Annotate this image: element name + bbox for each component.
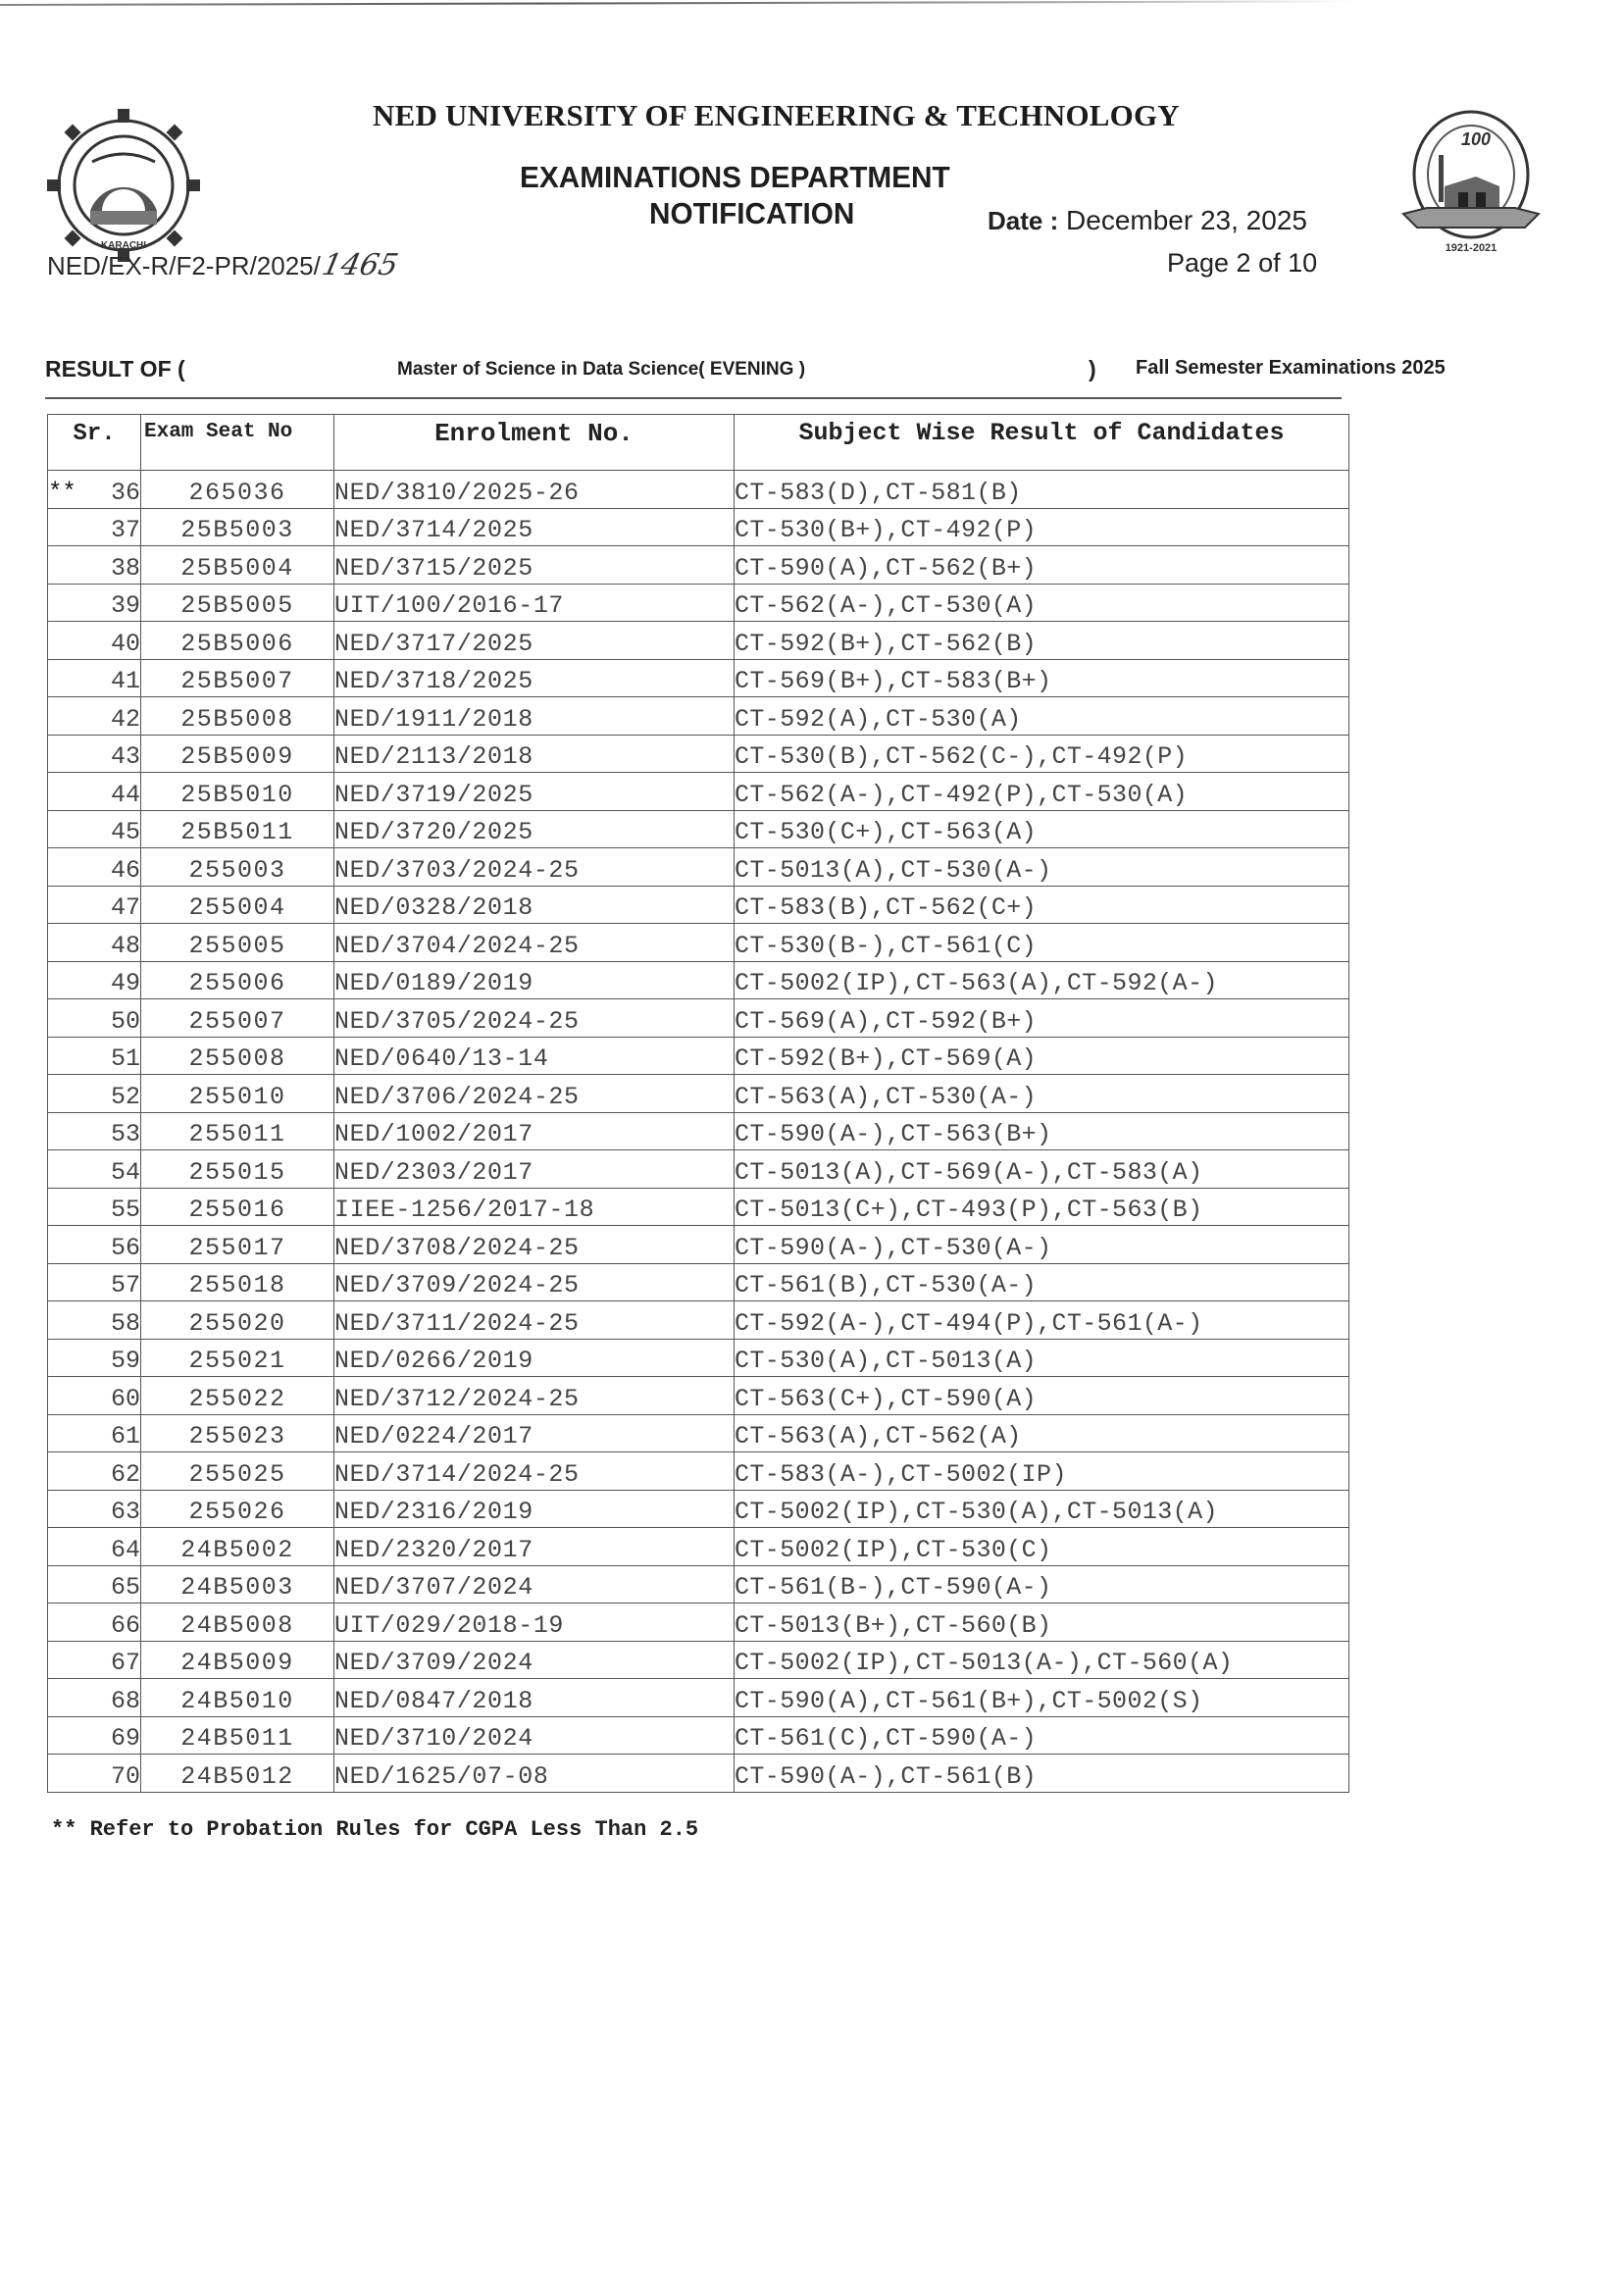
cell-seat-no: 24B5003 bbox=[141, 1565, 334, 1604]
cell-seat-no: 255016 bbox=[141, 1188, 334, 1226]
serial-number: 66 bbox=[111, 1611, 140, 1640]
cell-enrolment: NED/3810/2025-26 bbox=[334, 471, 735, 509]
cell-seat-no: 24B5012 bbox=[141, 1755, 334, 1793]
cell-seat-no: 255007 bbox=[141, 999, 334, 1038]
cell-subject-result: CT-590(A),CT-561(B+),CT-5002(S) bbox=[735, 1679, 1349, 1717]
table-row: 46255003NED/3703/2024-25CT-5013(A),CT-53… bbox=[48, 848, 1349, 887]
cell-sr: 62 bbox=[48, 1452, 141, 1491]
cell-enrolment: IIEE-1256/2017-18 bbox=[334, 1188, 735, 1226]
cell-enrolment: NED/3703/2024-25 bbox=[334, 848, 735, 887]
cell-subject-result: CT-5002(IP),CT-530(C) bbox=[735, 1528, 1349, 1566]
cell-seat-no: 24B5008 bbox=[141, 1604, 334, 1642]
cell-enrolment: NED/0224/2017 bbox=[334, 1414, 735, 1452]
svg-text:1921-2021: 1921-2021 bbox=[1446, 242, 1497, 254]
cell-subject-result: CT-530(B+),CT-492(P) bbox=[735, 508, 1349, 546]
university-name: NED UNIVERSITY OF ENGINEERING & TECHNOLO… bbox=[373, 98, 1180, 133]
table-row: 6524B5003NED/3707/2024CT-561(B-),CT-590(… bbox=[48, 1565, 1349, 1604]
serial-number: 48 bbox=[111, 932, 140, 960]
serial-number: 63 bbox=[111, 1498, 140, 1526]
cell-seat-no: 255020 bbox=[141, 1301, 334, 1340]
cell-sr: 70 bbox=[48, 1755, 141, 1793]
cell-subject-result: CT-562(A-),CT-530(A) bbox=[735, 584, 1349, 622]
cell-sr: 53 bbox=[48, 1112, 141, 1150]
serial-number: 62 bbox=[111, 1460, 140, 1489]
result-of-label: RESULT OF ( bbox=[45, 356, 185, 382]
cell-sr: 37 bbox=[48, 508, 141, 546]
cell-seat-no: 255015 bbox=[141, 1150, 334, 1189]
results-table: Sr. Exam Seat No Enrolment No. Subject W… bbox=[47, 414, 1349, 1793]
cell-seat-no: 24B5011 bbox=[141, 1716, 334, 1755]
cell-seat-no: 25B5009 bbox=[141, 735, 334, 773]
cell-seat-no: 25B5003 bbox=[141, 508, 334, 546]
cell-seat-no: 265036 bbox=[141, 471, 334, 509]
serial-number: 51 bbox=[111, 1044, 140, 1073]
table-row: 48255005NED/3704/2024-25CT-530(B-),CT-56… bbox=[48, 924, 1349, 962]
table-row: 4025B5006NED/3717/2025CT-592(B+),CT-562(… bbox=[48, 622, 1349, 660]
cell-sr: 48 bbox=[48, 924, 141, 962]
serial-number: 67 bbox=[111, 1649, 140, 1677]
cell-seat-no: 25B5004 bbox=[141, 546, 334, 585]
cell-sr: 49 bbox=[48, 961, 141, 999]
serial-number: 46 bbox=[111, 856, 140, 885]
serial-number: 55 bbox=[111, 1196, 140, 1224]
reference-handwritten: 1465 bbox=[319, 248, 401, 282]
serial-number: 65 bbox=[111, 1573, 140, 1602]
cell-enrolment: NED/3712/2024-25 bbox=[334, 1377, 735, 1415]
serial-number: 54 bbox=[111, 1158, 140, 1187]
cell-sr: 69 bbox=[48, 1716, 141, 1755]
cell-seat-no: 25B5010 bbox=[141, 773, 334, 811]
serial-number: 49 bbox=[111, 969, 140, 997]
cell-sr: 63 bbox=[48, 1490, 141, 1528]
result-of-close: ) bbox=[1089, 356, 1096, 382]
table-row: 47255004NED/0328/2018CT-583(B),CT-562(C+… bbox=[48, 886, 1349, 924]
page-indicator: Page 2 of 10 bbox=[1167, 248, 1317, 279]
cell-enrolment: NED/3705/2024-25 bbox=[334, 999, 735, 1038]
serial-number: 70 bbox=[111, 1762, 140, 1791]
cell-enrolment: NED/3709/2024 bbox=[334, 1641, 735, 1679]
table-row: 58255020NED/3711/2024-25CT-592(A-),CT-49… bbox=[48, 1301, 1349, 1340]
cell-sr: 42 bbox=[48, 697, 141, 736]
cell-enrolment: NED/2316/2019 bbox=[334, 1490, 735, 1528]
cell-subject-result: CT-563(A),CT-562(A) bbox=[735, 1414, 1349, 1452]
cell-sr: 43 bbox=[48, 735, 141, 773]
table-row: 60255022NED/3712/2024-25CT-563(C+),CT-59… bbox=[48, 1377, 1349, 1415]
cell-subject-result: CT-561(B-),CT-590(A-) bbox=[735, 1565, 1349, 1604]
cell-sr: 60 bbox=[48, 1377, 141, 1415]
table-row: 50255007NED/3705/2024-25CT-569(A),CT-592… bbox=[48, 999, 1349, 1038]
table-row: 6824B5010NED/0847/2018CT-590(A),CT-561(B… bbox=[48, 1679, 1349, 1717]
cell-subject-result: CT-561(C),CT-590(A-) bbox=[735, 1716, 1349, 1755]
cell-seat-no: 24B5010 bbox=[141, 1679, 334, 1717]
ned-centenary-logo-icon: 100 1921-2021 bbox=[1397, 106, 1545, 271]
serial-number: 59 bbox=[111, 1347, 140, 1375]
table-row: **36265036NED/3810/2025-26CT-583(D),CT-5… bbox=[48, 471, 1349, 509]
cell-seat-no: 255004 bbox=[141, 886, 334, 924]
table-row: 6924B5011NED/3710/2024CT-561(C),CT-590(A… bbox=[48, 1716, 1349, 1755]
cell-subject-result: CT-590(A-),CT-561(B) bbox=[735, 1755, 1349, 1793]
cell-subject-result: CT-5002(IP),CT-5013(A-),CT-560(A) bbox=[735, 1641, 1349, 1679]
table-row: 4425B5010NED/3719/2025CT-562(A-),CT-492(… bbox=[48, 773, 1349, 811]
svg-text:100: 100 bbox=[1461, 129, 1491, 149]
department-name: EXAMINATIONS DEPARTMENT bbox=[520, 160, 950, 195]
cell-sr: 41 bbox=[48, 659, 141, 697]
cell-enrolment: NED/2320/2017 bbox=[334, 1528, 735, 1566]
cell-enrolment: NED/2303/2017 bbox=[334, 1150, 735, 1189]
table-row: 3825B5004NED/3715/2025CT-590(A),CT-562(B… bbox=[48, 546, 1349, 585]
serial-number: 47 bbox=[111, 893, 140, 922]
cell-enrolment: NED/3714/2025 bbox=[334, 508, 735, 546]
table-row: 6724B5009NED/3709/2024CT-5002(IP),CT-501… bbox=[48, 1641, 1349, 1679]
table-row: 3925B5005UIT/100/2016-17CT-562(A-),CT-53… bbox=[48, 584, 1349, 622]
cell-sr: 40 bbox=[48, 622, 141, 660]
serial-number: 53 bbox=[111, 1120, 140, 1148]
column-header-seat-no: Exam Seat No bbox=[141, 415, 334, 471]
ned-university-crest-icon: KARACHI bbox=[41, 103, 206, 268]
table-row: 55255016IIEE-1256/2017-18CT-5013(C+),CT-… bbox=[48, 1188, 1349, 1226]
cell-subject-result: CT-583(B),CT-562(C+) bbox=[735, 886, 1349, 924]
cell-subject-result: CT-563(A),CT-530(A-) bbox=[735, 1075, 1349, 1113]
table-row: 7024B5012NED/1625/07-08CT-590(A-),CT-561… bbox=[48, 1755, 1349, 1793]
cell-seat-no: 255008 bbox=[141, 1037, 334, 1075]
table-row: 3725B5003NED/3714/2025CT-530(B+),CT-492(… bbox=[48, 508, 1349, 546]
cell-sr: 46 bbox=[48, 848, 141, 887]
cell-enrolment: NED/3710/2024 bbox=[334, 1716, 735, 1755]
scan-edge-line bbox=[0, 0, 1353, 6]
cell-enrolment: NED/3719/2025 bbox=[334, 773, 735, 811]
cell-enrolment: NED/3718/2025 bbox=[334, 659, 735, 697]
reference-prefix: NED/EX-R/F2-PR/2025/ bbox=[47, 251, 321, 280]
cell-sr: 38 bbox=[48, 546, 141, 585]
cell-subject-result: CT-561(B),CT-530(A-) bbox=[735, 1263, 1349, 1301]
column-header-enrolment: Enrolment No. bbox=[334, 415, 735, 471]
program-name: Master of Science in Data Science( EVENI… bbox=[397, 359, 805, 381]
cell-subject-result: CT-5013(A),CT-530(A-) bbox=[735, 848, 1349, 887]
cell-subject-result: CT-583(D),CT-581(B) bbox=[735, 471, 1349, 509]
cell-sr: **36 bbox=[48, 471, 141, 509]
cell-enrolment: NED/3715/2025 bbox=[334, 546, 735, 585]
serial-number: 40 bbox=[111, 630, 140, 658]
serial-number: 37 bbox=[111, 516, 140, 544]
notification-date: Date : December 23, 2025 bbox=[988, 205, 1307, 236]
cell-seat-no: 255026 bbox=[141, 1490, 334, 1528]
probation-footnote: ** Refer to Probation Rules for CGPA Les… bbox=[51, 1817, 698, 1842]
serial-number: 56 bbox=[111, 1234, 140, 1262]
cell-subject-result: CT-583(A-),CT-5002(IP) bbox=[735, 1452, 1349, 1491]
cell-seat-no: 255021 bbox=[141, 1339, 334, 1377]
date-value: December 23, 2025 bbox=[1066, 205, 1307, 235]
date-label: Date : bbox=[988, 206, 1058, 235]
cell-subject-result: CT-592(A-),CT-494(P),CT-561(A-) bbox=[735, 1301, 1349, 1340]
cell-sr: 59 bbox=[48, 1339, 141, 1377]
cell-subject-result: CT-590(A-),CT-530(A-) bbox=[735, 1226, 1349, 1264]
cell-enrolment: NED/0189/2019 bbox=[334, 961, 735, 999]
cell-seat-no: 255023 bbox=[141, 1414, 334, 1452]
cell-enrolment: NED/1002/2017 bbox=[334, 1112, 735, 1150]
cell-subject-result: CT-562(A-),CT-492(P),CT-530(A) bbox=[735, 773, 1349, 811]
cell-sr: 51 bbox=[48, 1037, 141, 1075]
cell-seat-no: 24B5002 bbox=[141, 1528, 334, 1566]
cell-seat-no: 25B5006 bbox=[141, 622, 334, 660]
cell-subject-result: CT-5013(B+),CT-560(B) bbox=[735, 1604, 1349, 1642]
cell-seat-no: 255022 bbox=[141, 1377, 334, 1415]
table-row: 4325B5009NED/2113/2018CT-530(B),CT-562(C… bbox=[48, 735, 1349, 773]
reference-number: NED/EX-R/F2-PR/2025/1465 bbox=[47, 248, 397, 282]
cell-seat-no: 25B5007 bbox=[141, 659, 334, 697]
cell-seat-no: 255005 bbox=[141, 924, 334, 962]
serial-number: 43 bbox=[111, 742, 140, 771]
cell-sr: 67 bbox=[48, 1641, 141, 1679]
serial-number: 39 bbox=[111, 591, 140, 620]
cell-enrolment: NED/3707/2024 bbox=[334, 1565, 735, 1604]
cell-subject-result: CT-530(B-),CT-561(C) bbox=[735, 924, 1349, 962]
cell-subject-result: CT-530(A),CT-5013(A) bbox=[735, 1339, 1349, 1377]
serial-number: 57 bbox=[111, 1271, 140, 1299]
table-row: 57255018NED/3709/2024-25CT-561(B),CT-530… bbox=[48, 1263, 1349, 1301]
cell-seat-no: 255006 bbox=[141, 961, 334, 999]
cell-enrolment: NED/3709/2024-25 bbox=[334, 1263, 735, 1301]
table-row: 4525B5011NED/3720/2025CT-530(C+),CT-563(… bbox=[48, 810, 1349, 848]
serial-number: 64 bbox=[111, 1536, 140, 1564]
cell-sr: 56 bbox=[48, 1226, 141, 1264]
cell-sr: 39 bbox=[48, 584, 141, 622]
serial-number: 69 bbox=[111, 1724, 140, 1753]
cell-subject-result: CT-592(B+),CT-562(B) bbox=[735, 622, 1349, 660]
serial-number: 58 bbox=[111, 1309, 140, 1338]
cell-subject-result: CT-5002(IP),CT-530(A),CT-5013(A) bbox=[735, 1490, 1349, 1528]
serial-number: 61 bbox=[111, 1422, 140, 1451]
table-row: 4225B5008NED/1911/2018CT-592(A),CT-530(A… bbox=[48, 697, 1349, 736]
results-body: **36265036NED/3810/2025-26CT-583(D),CT-5… bbox=[48, 471, 1349, 1793]
cell-sr: 57 bbox=[48, 1263, 141, 1301]
cell-sr: 58 bbox=[48, 1301, 141, 1340]
cell-enrolment: NED/1911/2018 bbox=[334, 697, 735, 736]
cell-subject-result: CT-592(B+),CT-569(A) bbox=[735, 1037, 1349, 1075]
cell-enrolment: NED/0640/13-14 bbox=[334, 1037, 735, 1075]
cell-enrolment: NED/1625/07-08 bbox=[334, 1755, 735, 1793]
cell-subject-result: CT-530(C+),CT-563(A) bbox=[735, 810, 1349, 848]
cell-seat-no: 25B5005 bbox=[141, 584, 334, 622]
cell-seat-no: 255003 bbox=[141, 848, 334, 887]
cell-sr: 65 bbox=[48, 1565, 141, 1604]
cell-subject-result: CT-5013(C+),CT-493(P),CT-563(B) bbox=[735, 1188, 1349, 1226]
serial-number: 68 bbox=[111, 1687, 140, 1715]
cell-seat-no: 25B5008 bbox=[141, 697, 334, 736]
cell-subject-result: CT-563(C+),CT-590(A) bbox=[735, 1377, 1349, 1415]
table-row: 6424B5002NED/2320/2017CT-5002(IP),CT-530… bbox=[48, 1528, 1349, 1566]
cell-seat-no: 255025 bbox=[141, 1452, 334, 1491]
table-row: 49255006NED/0189/2019CT-5002(IP),CT-563(… bbox=[48, 961, 1349, 999]
table-row: 54255015NED/2303/2017CT-5013(A),CT-569(A… bbox=[48, 1150, 1349, 1189]
cell-subject-result: CT-5002(IP),CT-563(A),CT-592(A-) bbox=[735, 961, 1349, 999]
serial-number: 36 bbox=[111, 479, 140, 507]
cell-enrolment: NED/3711/2024-25 bbox=[334, 1301, 735, 1340]
cell-sr: 52 bbox=[48, 1075, 141, 1113]
probation-marker: ** bbox=[48, 479, 76, 508]
serial-number: 41 bbox=[111, 667, 140, 695]
cell-sr: 44 bbox=[48, 773, 141, 811]
cell-enrolment: NED/3708/2024-25 bbox=[334, 1226, 735, 1264]
cell-enrolment: NED/0266/2019 bbox=[334, 1339, 735, 1377]
serial-number: 52 bbox=[111, 1083, 140, 1111]
cell-enrolment: NED/2113/2018 bbox=[334, 735, 735, 773]
cell-enrolment: NED/3704/2024-25 bbox=[334, 924, 735, 962]
table-row: 63255026NED/2316/2019CT-5002(IP),CT-530(… bbox=[48, 1490, 1349, 1528]
column-header-subject-result: Subject Wise Result of Candidates bbox=[735, 415, 1349, 471]
cell-seat-no: 255017 bbox=[141, 1226, 334, 1264]
cell-seat-no: 25B5011 bbox=[141, 810, 334, 848]
cell-sr: 47 bbox=[48, 886, 141, 924]
cell-enrolment: UIT/100/2016-17 bbox=[334, 584, 735, 622]
cell-seat-no: 24B5009 bbox=[141, 1641, 334, 1679]
serial-number: 38 bbox=[111, 554, 140, 583]
cell-sr: 68 bbox=[48, 1679, 141, 1717]
table-row: 51255008NED/0640/13-14CT-592(B+),CT-569(… bbox=[48, 1037, 1349, 1075]
serial-number: 50 bbox=[111, 1007, 140, 1036]
table-row: 62255025NED/3714/2024-25CT-583(A-),CT-50… bbox=[48, 1452, 1349, 1491]
cell-sr: 54 bbox=[48, 1150, 141, 1189]
table-header-row: Sr. Exam Seat No Enrolment No. Subject W… bbox=[48, 415, 1349, 471]
cell-sr: 50 bbox=[48, 999, 141, 1038]
cell-subject-result: CT-592(A),CT-530(A) bbox=[735, 697, 1349, 736]
cell-subject-result: CT-590(A-),CT-563(B+) bbox=[735, 1112, 1349, 1150]
cell-subject-result: CT-590(A),CT-562(B+) bbox=[735, 546, 1349, 585]
cell-sr: 45 bbox=[48, 810, 141, 848]
cell-sr: 66 bbox=[48, 1604, 141, 1642]
cell-enrolment: NED/0328/2018 bbox=[334, 886, 735, 924]
cell-subject-result: CT-530(B),CT-562(C-),CT-492(P) bbox=[735, 735, 1349, 773]
cell-subject-result: CT-569(B+),CT-583(B+) bbox=[735, 659, 1349, 697]
cell-enrolment: UIT/029/2018-19 bbox=[334, 1604, 735, 1642]
cell-seat-no: 255011 bbox=[141, 1112, 334, 1150]
serial-number: 42 bbox=[111, 705, 140, 734]
serial-number: 60 bbox=[111, 1385, 140, 1413]
cell-seat-no: 255010 bbox=[141, 1075, 334, 1113]
table-row: 6624B5008UIT/029/2018-19CT-5013(B+),CT-5… bbox=[48, 1604, 1349, 1642]
table-row: 56255017NED/3708/2024-25CT-590(A-),CT-53… bbox=[48, 1226, 1349, 1264]
serial-number: 44 bbox=[111, 781, 140, 809]
table-row: 53255011NED/1002/2017CT-590(A-),CT-563(B… bbox=[48, 1112, 1349, 1150]
serial-number: 45 bbox=[111, 818, 140, 846]
cell-enrolment: NED/3720/2025 bbox=[334, 810, 735, 848]
table-row: 61255023NED/0224/2017CT-563(A),CT-562(A) bbox=[48, 1414, 1349, 1452]
cell-enrolment: NED/0847/2018 bbox=[334, 1679, 735, 1717]
table-row: 52255010NED/3706/2024-25CT-563(A),CT-530… bbox=[48, 1075, 1349, 1113]
document-type: NOTIFICATION bbox=[649, 196, 854, 231]
cell-subject-result: CT-569(A),CT-592(B+) bbox=[735, 999, 1349, 1038]
cell-subject-result: CT-5013(A),CT-569(A-),CT-583(A) bbox=[735, 1150, 1349, 1189]
cell-sr: 55 bbox=[48, 1188, 141, 1226]
cell-enrolment: NED/3714/2024-25 bbox=[334, 1452, 735, 1491]
cell-enrolment: NED/3717/2025 bbox=[334, 622, 735, 660]
cell-sr: 64 bbox=[48, 1528, 141, 1566]
column-header-sr: Sr. bbox=[48, 415, 141, 471]
cell-sr: 61 bbox=[48, 1414, 141, 1452]
cell-enrolment: NED/3706/2024-25 bbox=[334, 1075, 735, 1113]
cell-seat-no: 255018 bbox=[141, 1263, 334, 1301]
table-row: 59255021NED/0266/2019CT-530(A),CT-5013(A… bbox=[48, 1339, 1349, 1377]
examination-name: Fall Semester Examinations 2025 bbox=[1136, 357, 1446, 380]
header-divider bbox=[45, 397, 1342, 399]
table-row: 4125B5007NED/3718/2025CT-569(B+),CT-583(… bbox=[48, 659, 1349, 697]
